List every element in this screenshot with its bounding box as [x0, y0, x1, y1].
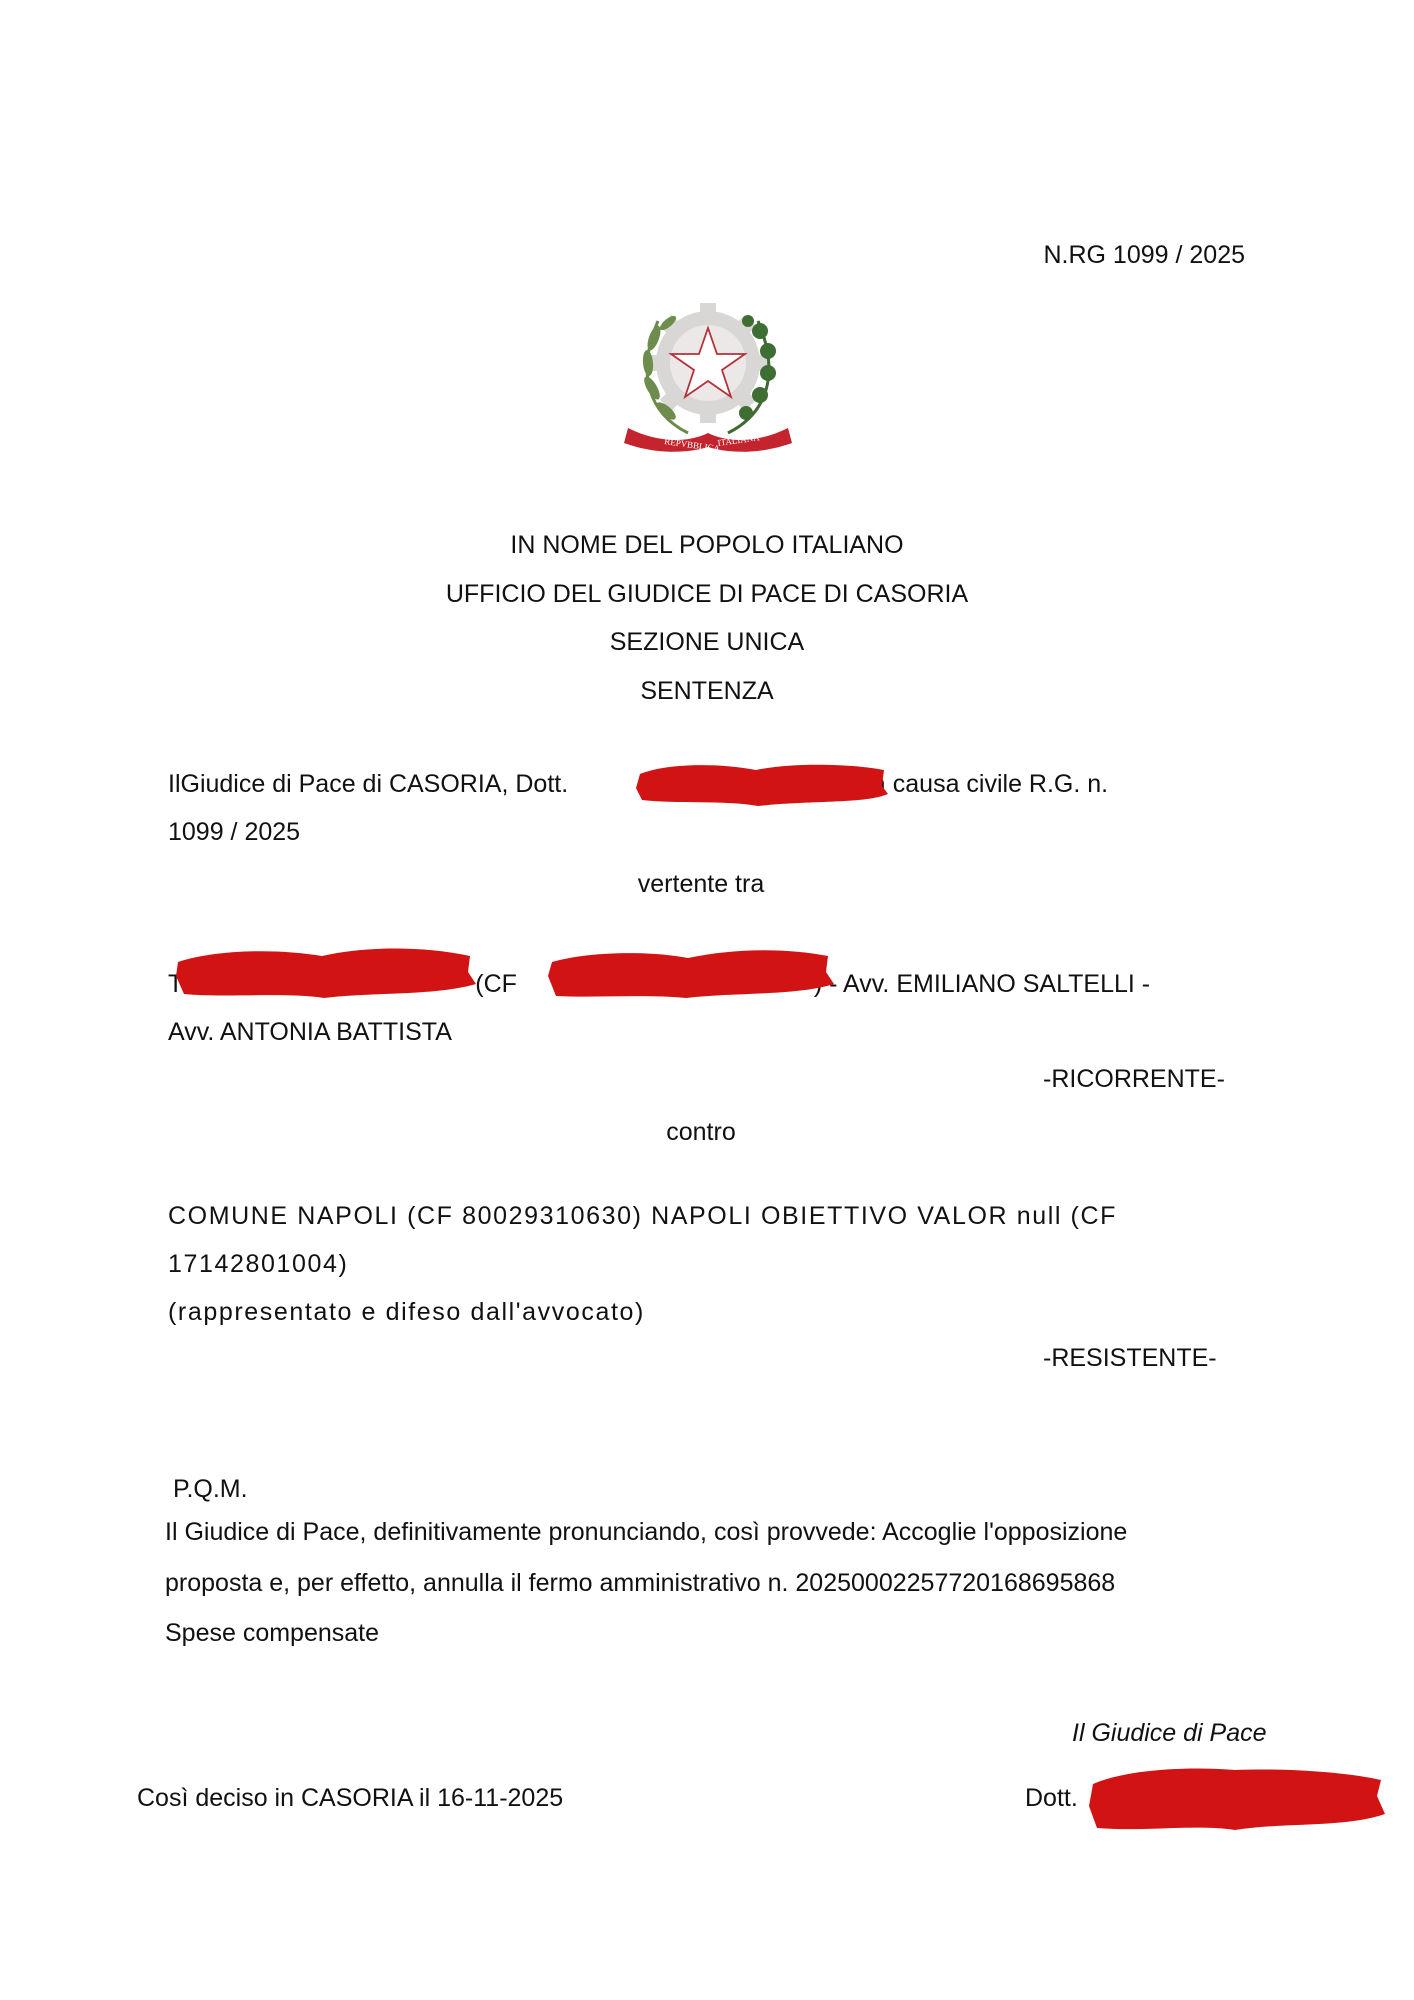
against-label: contro — [0, 1117, 1408, 1147]
pqm-title: P.Q.M. — [173, 1474, 248, 1504]
place-date: Così deciso in CASORIA il 16-11-2025 — [137, 1783, 563, 1813]
signature-title: Il Giudice di Pace — [1072, 1718, 1267, 1748]
plaintiff-lawyers-1: ) - Avv. EMILIANO SALTELLI - — [814, 970, 1150, 998]
redaction-mark-icon — [546, 946, 836, 1002]
heading-popolo: IN NOME DEL POPOLO ITALIANO — [0, 530, 1414, 560]
heading-ufficio: UFFICIO DEL GIUDICE DI PACE DI CASORIA — [0, 579, 1414, 609]
defendant-line-3: (rappresentato e difeso dall'avvocato) — [168, 1297, 645, 1327]
between-label: vertente tra — [0, 869, 1408, 899]
defendant-line-1: COMUNE NAPOLI (CF 80029310630) NAPOLI OB… — [168, 1201, 1117, 1231]
signature-dott-label: Dott. — [1025, 1783, 1078, 1813]
heading-sezione: SEZIONE UNICA — [0, 627, 1414, 657]
redaction-mark-icon — [174, 944, 478, 1000]
intro-line-2: 1099 / 2025 — [168, 817, 300, 847]
pqm-line-3: Spese compensate — [165, 1618, 379, 1648]
redaction-mark-icon — [1085, 1762, 1387, 1834]
redaction-mark-icon — [634, 760, 890, 808]
heading-sentenza: SENTENZA — [0, 676, 1414, 706]
emblem-repubblica-italiana-icon: REPVBBLICA ITALIANA — [618, 283, 798, 458]
defendant-line-2: 17142801004) — [168, 1249, 348, 1279]
plaintiff-line-2: Avv. ANTONIA BATTISTA — [168, 1017, 452, 1047]
pqm-line-1: Il Giudice di Pace, definitivamente pron… — [165, 1517, 1127, 1547]
plaintiff-role: -RICORRENTE- — [1043, 1064, 1225, 1094]
intro-prefix: IlGiudice di Pace di CASORIA, Dott. — [168, 770, 575, 798]
plaintiff-cf-prefix: (CF — [475, 970, 524, 998]
defendant-role: -RESISTENTE- — [1043, 1343, 1217, 1373]
case-number: N.RG 1099 / 2025 — [1043, 240, 1245, 270]
pqm-line-2: proposta e, per effetto, annulla il ferm… — [165, 1568, 1115, 1598]
